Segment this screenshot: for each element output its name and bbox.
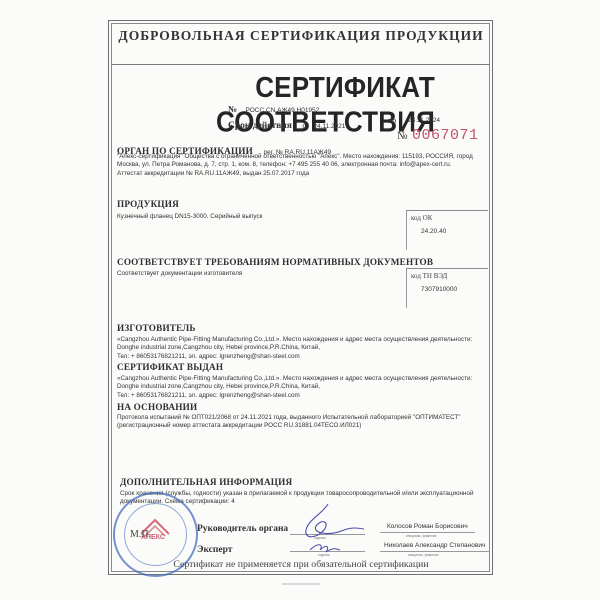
issued-to-line-3: Тел: + 86053176821211, эл. адрес: lgrenz… — [117, 392, 492, 400]
head-name-caption: инициалы, фамилия — [406, 534, 436, 538]
validity-to-label: по — [388, 116, 396, 125]
footer-microtext — [282, 583, 320, 585]
validity-from-label: с — [302, 121, 306, 130]
validity-to-date: 23.11.2024 — [408, 117, 440, 124]
product-title: ПРОДУКЦИЯ — [117, 199, 179, 209]
manufacturer-line-2: Donghe industrial zone,Cangzhou city, He… — [117, 344, 492, 352]
validity-from-date: 24.11.2021 — [313, 123, 345, 130]
tnved-code-value: 7307910000 — [421, 286, 457, 293]
voluntary-certification-header: ДОБРОВОЛЬНАЯ СЕРТИФИКАЦИЯ ПРОДУКЦИИ — [112, 28, 490, 44]
manufacturer-line-3: Тел: + 86053176821211, эл. адрес: lgrenz… — [117, 353, 492, 361]
issued-to-details: «Cangzhou Authentic Pipe-Fitting Manufac… — [117, 375, 492, 400]
issued-to-line-2: Donghe industrial zone,Cangzhou city, He… — [117, 383, 492, 391]
certification-body-details: "Апекс-сертификация" Общества с ограниче… — [117, 153, 492, 178]
serial-number-label: № — [397, 130, 408, 142]
certification-body-line-2: Москва, ул. Петра Романова, д. 7, стр. 1… — [117, 161, 492, 169]
header-divider — [112, 64, 490, 65]
signature-scribble-icon — [300, 500, 370, 560]
ok-code-box: код ОК 24.20.40 — [406, 210, 488, 250]
certification-body-line-1: "Апекс-сертификация" Общества с ограниче… — [117, 153, 492, 161]
head-of-body-name: Колосов Роман Борисович — [387, 523, 468, 530]
manufacturer-details: «Cangzhou Authentic Pipe-Fitting Manufac… — [117, 336, 492, 361]
issued-to-title: СЕРТИФИКАТ ВЫДАН — [117, 362, 223, 372]
ok-code-label: код ОК — [411, 214, 432, 222]
stamp-place-label: М.П. — [130, 529, 151, 540]
validity-label: Срок действия — [228, 121, 292, 131]
number-label: № — [228, 104, 237, 114]
expert-name-line — [380, 551, 490, 552]
expert-name: Николаев Александр Степанович — [384, 542, 485, 549]
expert-name-caption: инициалы, фамилия — [408, 553, 438, 557]
serial-number: 0067071 — [412, 127, 479, 144]
basis-details: Протокола испытаний № ОПТ021/2068 от 24.… — [117, 414, 492, 431]
expert-label: Эксперт — [197, 545, 232, 555]
product-text: Кузнечный фланец DN15-3000. Серийный вып… — [117, 213, 262, 221]
compliance-title: СООТВЕТСТВУЕТ ТРЕБОВАНИЯМ НОРМАТИВНЫХ ДО… — [117, 257, 433, 267]
ok-code-value: 24.20.40 — [421, 228, 446, 235]
compliance-text: Соответствует документации изготовителя — [117, 270, 242, 278]
tnved-code-box: код ТН ВЭД 7307910000 — [406, 268, 488, 308]
serial-number-row: № 0067071 — [397, 126, 478, 144]
basis-line-2: (регистрационный номер аттестата аккреди… — [117, 422, 492, 430]
basis-title: НА ОСНОВАНИИ — [117, 402, 197, 412]
registration-number: РОСС CN.АЖ49.Н01952 — [246, 107, 320, 114]
manufacturer-title: ИЗГОТОВИТЕЛЬ — [117, 323, 196, 333]
tnved-code-label: код ТН ВЭД — [411, 272, 447, 280]
certification-body-line-3: Аттестат аккредитации № RA.RU.11АЖ49, вы… — [117, 170, 492, 178]
head-of-body-label: Руководитель органа — [197, 524, 288, 534]
additional-info-title: ДОПОЛНИТЕЛЬНАЯ ИНФОРМАЦИЯ — [120, 477, 292, 487]
footer-note: Сертификат не применяется при обязательн… — [112, 559, 490, 570]
head-name-line — [380, 532, 475, 533]
